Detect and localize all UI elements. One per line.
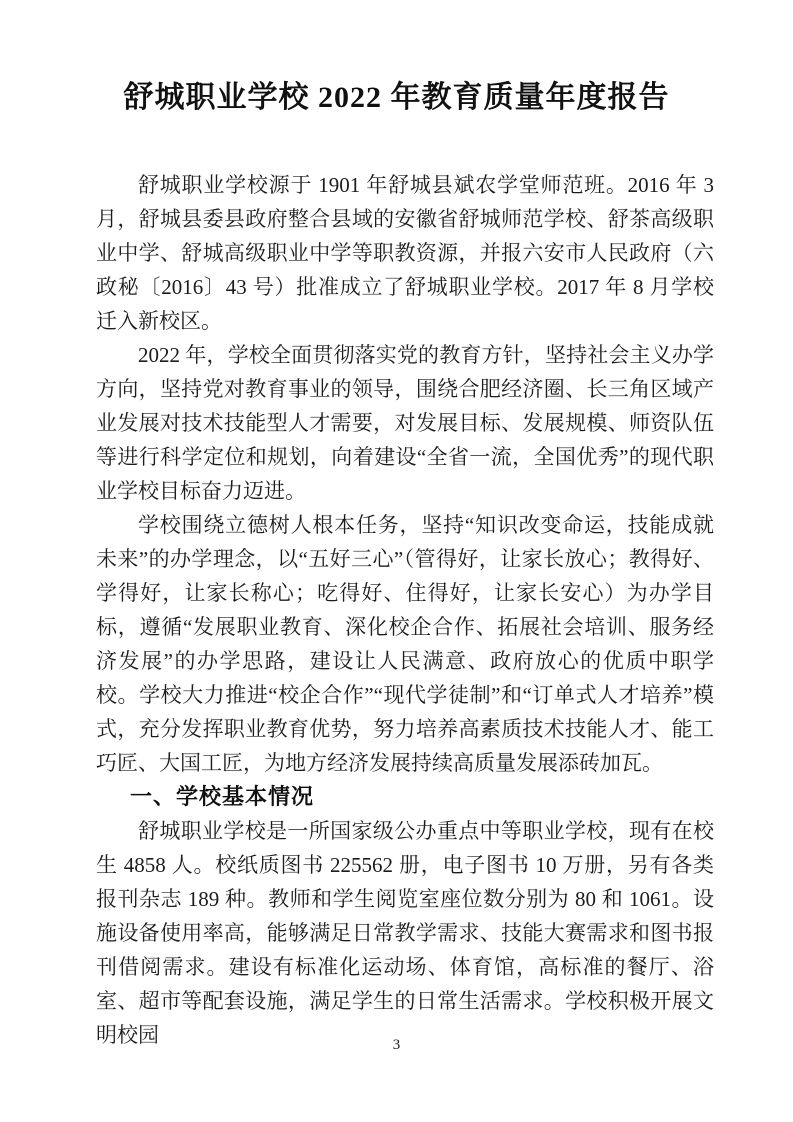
paragraph-2022-policy: 2022 年，学校全面贯彻落实党的教育方针，坚持社会主义办学方向，坚持党对教育事… bbox=[96, 338, 714, 508]
paragraph-school-facilities: 舒城职业学校是一所国家级公办重点中等职业学校，现有在校生 4858 人。校纸质图… bbox=[96, 814, 714, 1052]
document-title: 舒城职业学校 2022 年教育质量年度报告 bbox=[0, 0, 793, 118]
document-page: 舒城职业学校 2022 年教育质量年度报告 舒城职业学校源于 1901 年舒城县… bbox=[0, 0, 793, 1122]
section-heading-basic-information: 一、学校基本情况 bbox=[96, 780, 714, 814]
page-number: 3 bbox=[0, 1036, 793, 1054]
paragraph-school-history: 舒城职业学校源于 1901 年舒城县斌农学堂师范班。2016 年 3 月，舒城县… bbox=[96, 168, 714, 338]
paragraph-education-philosophy: 学校围绕立德树人根本任务，坚持“知识改变命运，技能成就未来”的办学理念，以“五好… bbox=[96, 508, 714, 780]
document-body: 舒城职业学校源于 1901 年舒城县斌农学堂师范班。2016 年 3 月，舒城县… bbox=[96, 168, 714, 1052]
